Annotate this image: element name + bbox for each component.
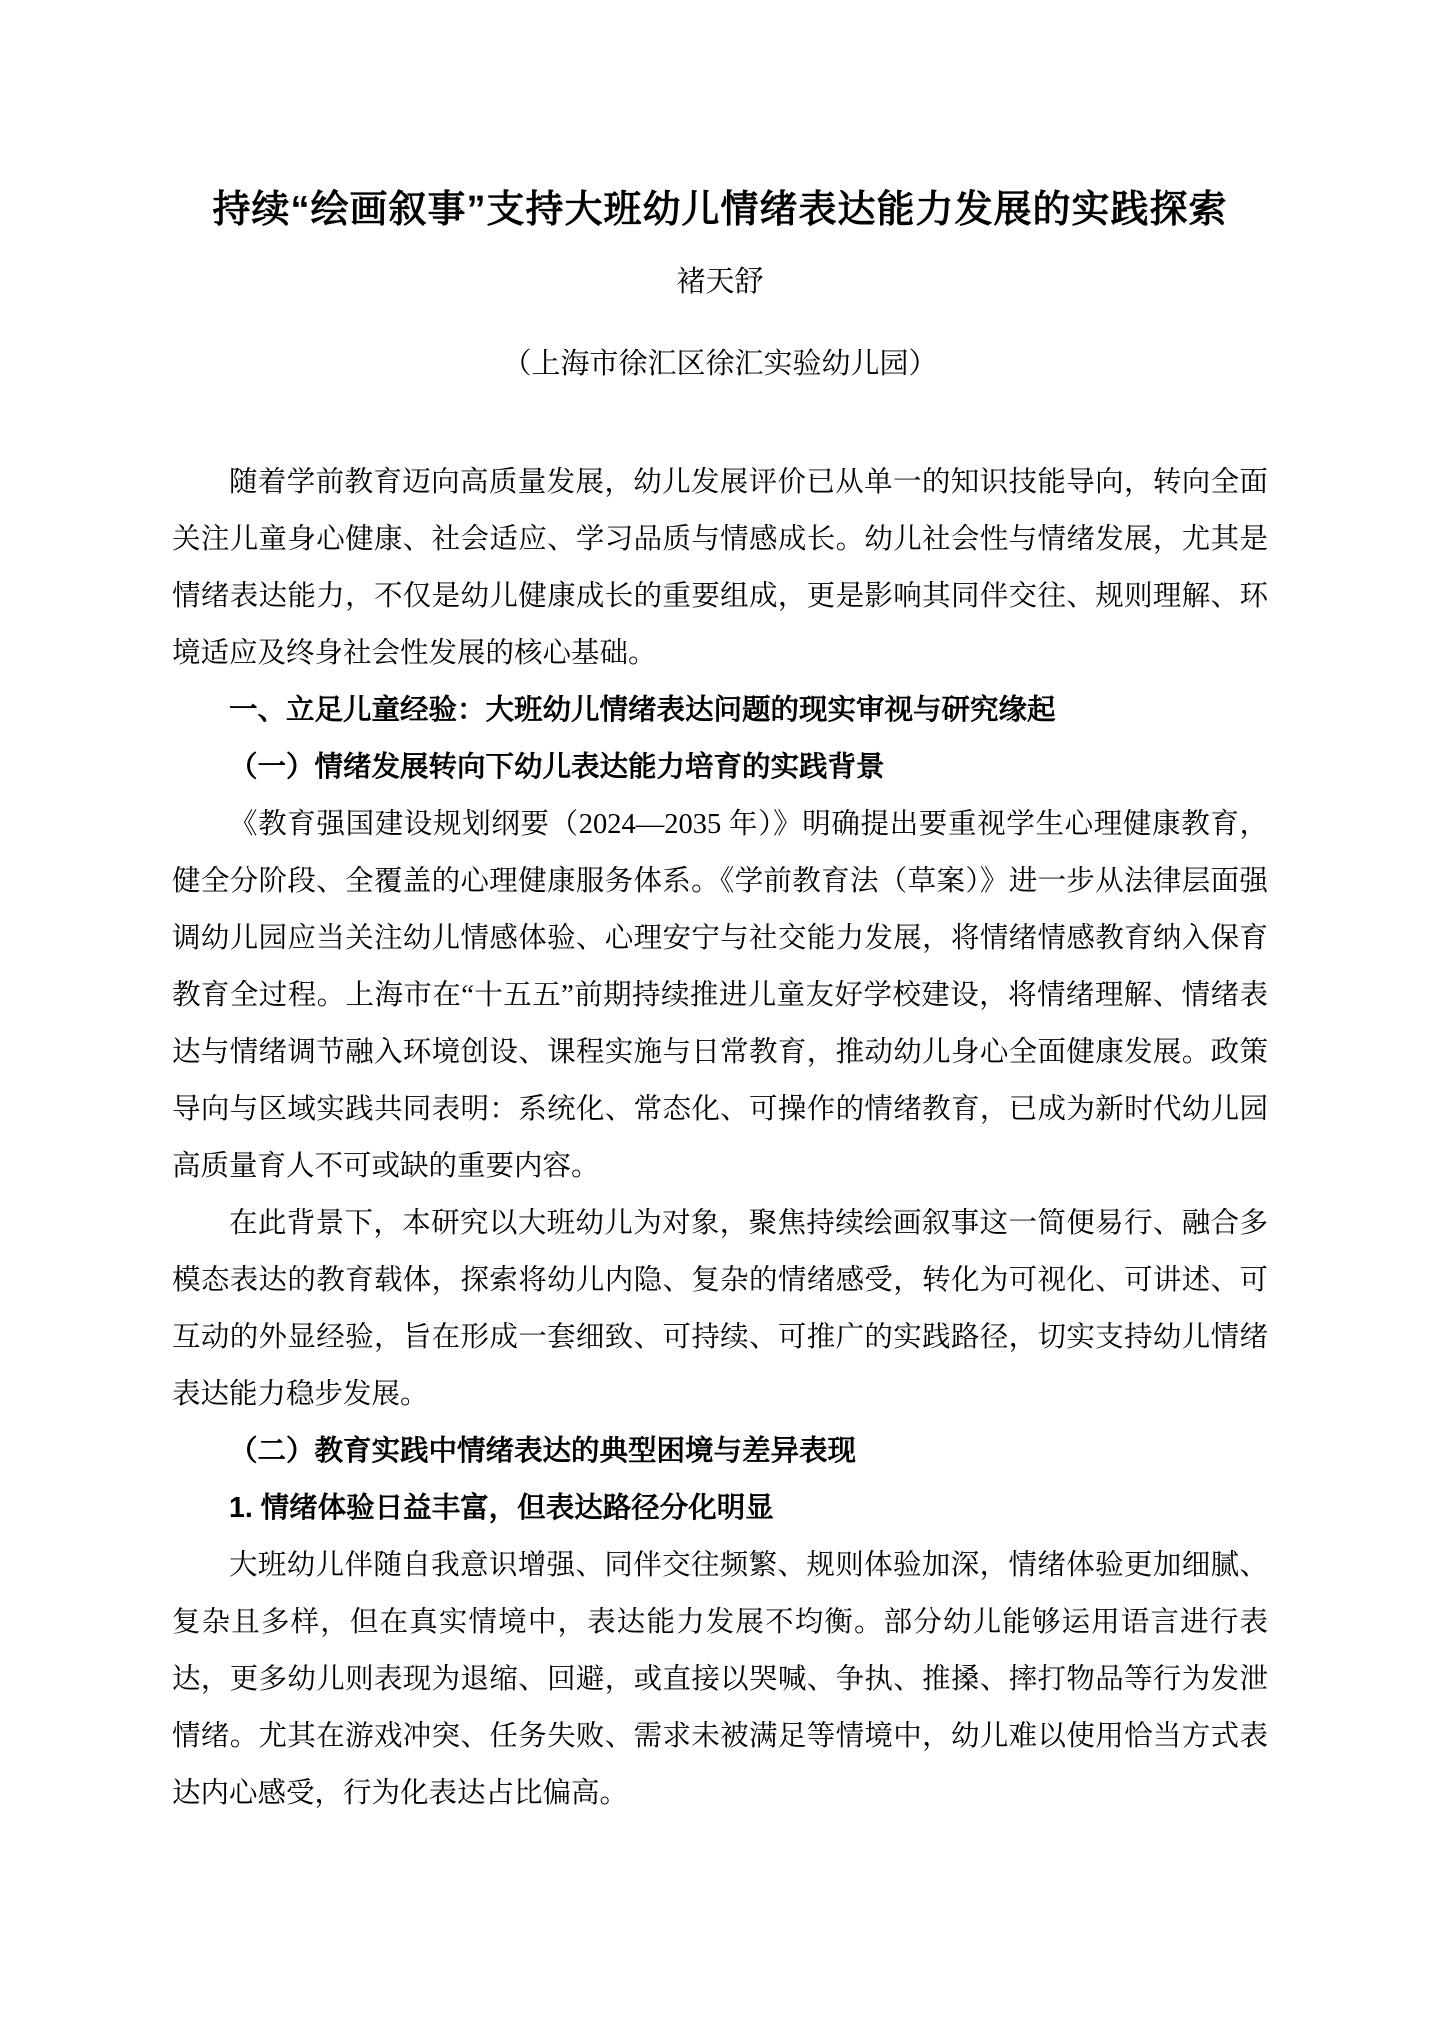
document-content: 持续“绘画叙事”支持大班幼儿情绪表达能力发展的实践探索 褚天舒 （上海市徐汇区徐… xyxy=(172,0,1268,1822)
body-paragraph-research-focus: 在此背景下，本研究以大班幼儿为对象，聚焦持续绘画叙事这一简便易行、融合多模态表达… xyxy=(172,1195,1268,1423)
document-author: 褚天舒 xyxy=(172,262,1268,302)
body-paragraph-policy-background: 《教育强国建设规划纲要（2024—2035 年）》明确提出要重视学生心理健康教育… xyxy=(172,796,1268,1195)
document-page: 持续“绘画叙事”支持大班幼儿情绪表达能力发展的实践探索 褚天舒 （上海市徐汇区徐… xyxy=(0,0,1440,2036)
section-heading-level3-numbered: 1. 情绪体验日益丰富，但表达路径分化明显 xyxy=(172,1480,1268,1537)
body-paragraph-intro: 随着学前教育迈向高质量发展，幼儿发展评价已从单一的知识技能导向，转向全面关注儿童… xyxy=(172,454,1268,682)
body-paragraph-expression-differences: 大班幼儿伴随自我意识增强、同伴交往频繁、规则体验加深，情绪体验更加细腻、复杂且多… xyxy=(172,1537,1268,1822)
section-heading-level2-second: （二）教育实践中情绪表达的典型困境与差异表现 xyxy=(172,1423,1268,1480)
document-body: 随着学前教育迈向高质量发展，幼儿发展评价已从单一的知识技能导向，转向全面关注儿童… xyxy=(172,454,1268,1822)
section-heading-level2-first: （一）情绪发展转向下幼儿表达能力培育的实践背景 xyxy=(172,739,1268,796)
document-affiliation: （上海市徐汇区徐汇实验幼儿园） xyxy=(172,344,1268,384)
section-heading-level1: 一、立足儿童经验：大班幼儿情绪表达问题的现实审视与研究缘起 xyxy=(172,682,1268,739)
document-title: 持续“绘画叙事”支持大班幼儿情绪表达能力发展的实践探索 xyxy=(172,186,1268,234)
